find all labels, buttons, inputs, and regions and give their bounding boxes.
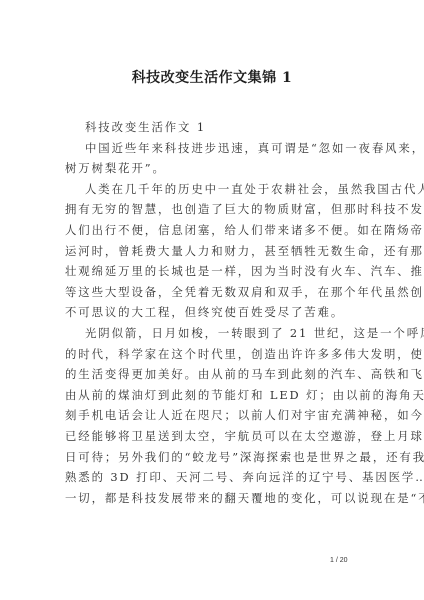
document-title: 科技改变生活作文集锦 1: [0, 67, 424, 87]
paragraph-lines: 中国近些年来科技进步迅速，真可谓是“忽如一夜春风来，千树万树梨花开”。人类在几千…: [65, 138, 359, 509]
document-page: 科技改变生活作文集锦 1 科技改变生活作文 1 中国近些年来科技进步迅速，真可谓…: [0, 0, 424, 600]
text-line: 树万树梨花开”。: [65, 158, 359, 179]
text-line: 中国近些年来科技进步迅速，真可谓是“忽如一夜春风来，千: [65, 138, 359, 159]
text-line: 人们出行不便，信息闭塞，给人们带来诸多不便。如在隋炀帝修大: [65, 220, 359, 241]
text-line: 光阴似箭，日月如梭，一转眼到了 21 世纪，这是一个呼风唤雨: [65, 323, 359, 344]
text-line: 的生活变得更加美好。由从前的马车到此刻的汽车、高铁和飞机；: [65, 364, 359, 385]
text-line: 已经能够将卫星送到太空，宇航员可以在太空遨游，登上月球也指: [65, 426, 359, 447]
text-line: 的时代，科学家在这个时代里，创造出许许多多伟大发明，使我们: [65, 344, 359, 365]
text-line: 等这些大型设备，全凭着无数双肩和双手，在那个年代虽然创造了: [65, 282, 359, 303]
text-line: 运河时，曾耗费大量人力和财力，甚至牺牲无数生命，还有那雄伟: [65, 241, 359, 262]
text-line: 人类在几千年的历史中一直处于农耕社会，虽然我国古代人民: [65, 179, 359, 200]
text-line: 由从前的煤油灯到此刻的节能灯和 LED 灯；由以前的海角天涯到此: [65, 385, 359, 406]
text-line: 不可思议的大工程，但终究使百姓受尽了苦难。: [65, 302, 359, 323]
text-line: 刻手机电话会让人近在咫尺；以前人们对宇宙充满神秘，如今我们: [65, 405, 359, 426]
text-line: 一切，都是科技发展带来的翻天覆地的变化，可以说现在是“不怕: [65, 488, 359, 509]
document-body: 科技改变生活作文 1 中国近些年来科技进步迅速，真可谓是“忽如一夜春风来，千树万…: [65, 117, 359, 508]
text-line: 熟悉的 3D 打印、天河二号、奔向远洋的辽宁号、基因医学……而这: [65, 467, 359, 488]
page-number: 1 / 20: [330, 557, 348, 564]
text-line: 拥有无穷的智慧，也创造了巨大的物质财富，但那时科技不发达，: [65, 199, 359, 220]
section-heading: 科技改变生活作文 1: [65, 117, 359, 138]
text-line: 壮观绵延万里的长城也是一样，因为当时没有火车、汽车、推土机: [65, 261, 359, 282]
text-line: 日可待；另外我们的“蛟龙号”深海探索也是世界之最，还有我们: [65, 447, 359, 468]
